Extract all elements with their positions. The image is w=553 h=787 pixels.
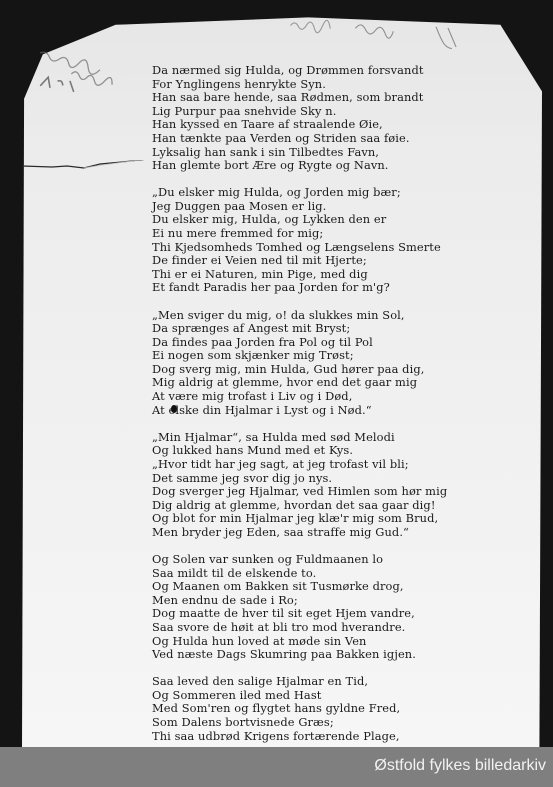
poem-line: Saa leved den salige Hjalmar en Tid, <box>152 675 452 689</box>
poem-line: Mig aldrig at glemme, hvor end det gaar … <box>152 376 452 390</box>
stanza-6: Saa leved den salige Hjalmar en Tid, Og … <box>152 675 452 743</box>
stanza-1: Da nærmed sig Hulda, og Drømmen forsvand… <box>152 64 452 173</box>
poem-line: For Ynglingens henrykte Syn. <box>152 78 452 92</box>
poem-line: De finder ei Veien ned til mit Hjerte; <box>152 254 452 268</box>
stanza-2: „Du elsker mig Hulda, og Jorden mig bær;… <box>152 186 452 295</box>
poem-line: Dig aldrig at glemme, hvordan det saa ga… <box>152 499 452 513</box>
poem-line: At elske din Hjalmar i Lyst og i Nød.“ <box>152 404 452 418</box>
poem-line: Han kyssed en Taare af straalende Øie, <box>152 118 452 132</box>
poem-line: Men endnu de sade i Ro; <box>152 594 452 608</box>
poem-line: Det samme jeg svor dig jo nys. <box>152 472 452 486</box>
poem-line: Thi Kjedsomheds Tomhed og Længselens Sme… <box>152 241 452 255</box>
poem-line: Og Hulda hun loved at møde sin Ven <box>152 635 452 649</box>
poem-line: Han tænkte paa Verden og Striden saa føi… <box>152 132 452 146</box>
stanza-4: „Min Hjalmar“, sa Hulda med sød Melodi O… <box>152 431 452 540</box>
poem-line: Som Dalens bortvisnede Græs; <box>152 716 452 730</box>
poem-line: „Hvor tidt har jeg sagt, at jeg trofast … <box>152 458 452 472</box>
poem-line: Jeg Duggen paa Mosen er lig. <box>152 200 452 214</box>
poem-line: Ei nu mere fremmed for mig; <box>152 227 452 241</box>
poem-line: „Min Hjalmar“, sa Hulda med sød Melodi <box>152 431 452 445</box>
scanned-document: Da nærmed sig Hulda, og Drømmen forsvand… <box>0 0 553 747</box>
poem-line: Du elsker mig, Hulda, og Lykken den er <box>152 213 452 227</box>
poem-line: Thi saa udbrød Krigens fortærende Plage, <box>152 730 452 744</box>
poem-line: Og Sommeren iled med Hast <box>152 689 452 703</box>
stanza-5: Og Solen var sunken og Fuldmaanen lo Saa… <box>152 553 452 662</box>
poem-line: Dog maatte de hver til sit eget Hjem van… <box>152 607 452 621</box>
poem-line: Da nærmed sig Hulda, og Drømmen forsvand… <box>152 64 452 78</box>
poem-line: Lig Purpur paa snehvide Sky n. <box>152 105 452 119</box>
poem-line: „Men sviger du mig, o! da slukkes min So… <box>152 309 452 323</box>
ink-blot <box>171 405 177 413</box>
poem-line: Og Solen var sunken og Fuldmaanen lo <box>152 553 452 567</box>
archive-footer: Østfold fylkes billedarkiv <box>0 747 553 787</box>
poem-line: Han glemte bort Ære og Rygte og Navn. <box>152 159 452 173</box>
poem-line: Han saa bare hende, saa Rødmen, som bran… <box>152 91 452 105</box>
poem-line: Thi er ei Naturen, min Pige, med dig <box>152 268 452 282</box>
paper-tear <box>22 160 157 172</box>
poem-line: „Du elsker mig Hulda, og Jorden mig bær; <box>152 186 452 200</box>
poem-line: Med Som'ren og flygtet hans gyldne Fred, <box>152 702 452 716</box>
poem-line: Et fandt Paradis her paa Jorden for m'g? <box>152 281 452 295</box>
poem-line: Og blot for min Hjalmar jeg klæ'r mig so… <box>152 512 452 526</box>
poem-text: Da nærmed sig Hulda, og Drømmen forsvand… <box>152 64 452 747</box>
poem-line: Men bryder jeg Eden, saa straffe mig Gud… <box>152 526 452 540</box>
poem-line: Ei nogen som skjænker mig Trøst; <box>152 349 452 363</box>
poem-line: At være mig trofast i Liv og i Død, <box>152 390 452 404</box>
poem-line: Og Maanen om Bakken sit Tusmørke drog, <box>152 580 452 594</box>
poem-line: Da sprænges af Angest mit Bryst; <box>152 322 452 336</box>
poem-line: Lyksalig han sank i sin Tilbedtes Favn, <box>152 146 452 160</box>
stanza-3: „Men sviger du mig, o! da slukkes min So… <box>152 309 452 418</box>
archive-credit: Østfold fylkes billedarkiv <box>374 757 546 775</box>
poem-line: Ved næste Dags Skumring paa Bakken igjen… <box>152 648 452 662</box>
poem-line: Saa mildt til de elskende to. <box>152 567 452 581</box>
poem-line: Saa svore de høit at bli tro mod hverand… <box>152 621 452 635</box>
poem-line: Dog sverg mig, min Hulda, Gud hører paa … <box>152 363 452 377</box>
poem-line: Da findes paa Jorden fra Pol og til Pol <box>152 336 452 350</box>
poem-line: Dog sverger jeg Hjalmar, ved Himlen som … <box>152 485 452 499</box>
poem-line: Og lukked hans Mund med et Kys. <box>152 444 452 458</box>
